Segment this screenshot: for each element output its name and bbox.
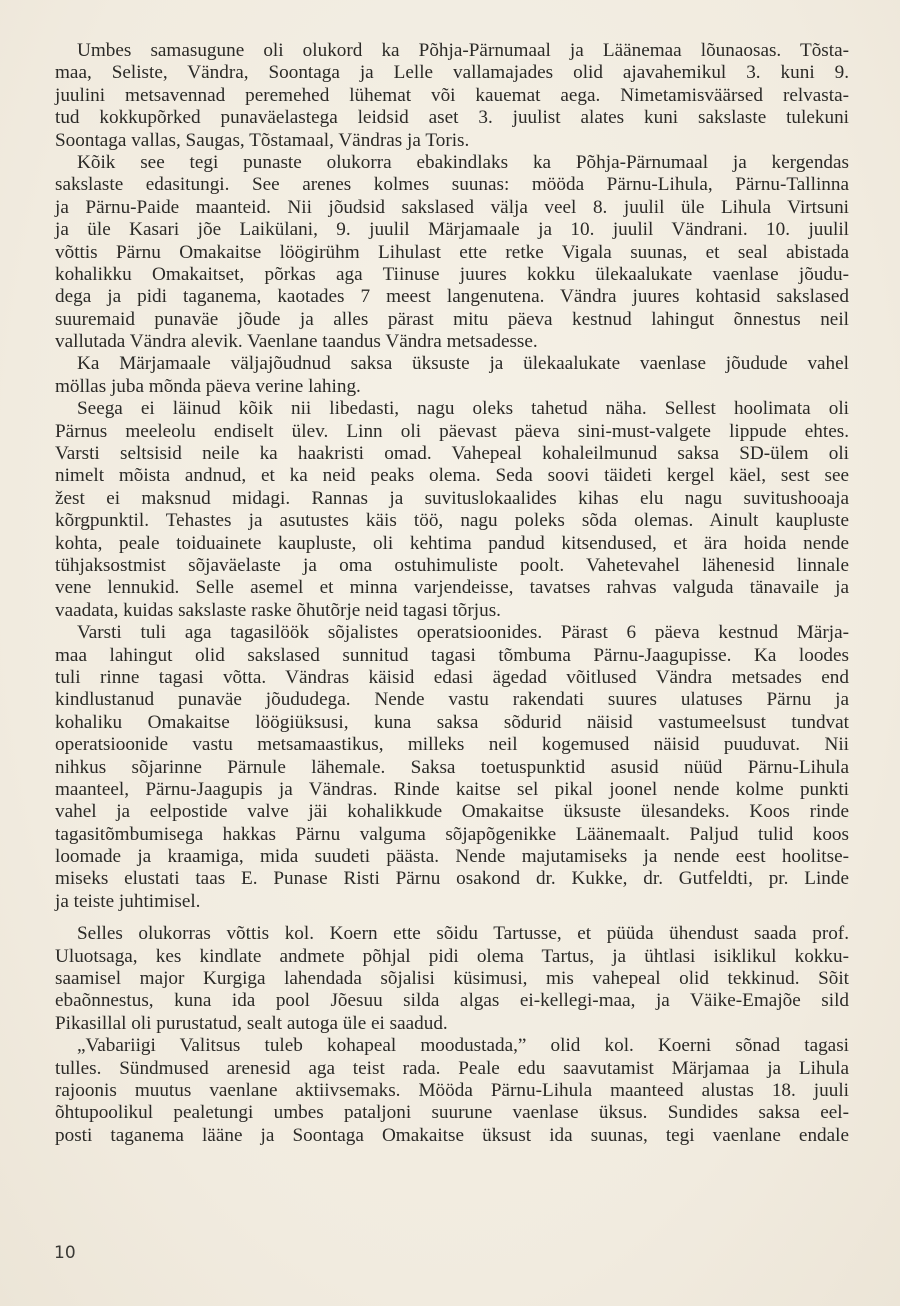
text-line: ja teiste juhtimisel. bbox=[55, 891, 849, 913]
text-line: Pikasillal oli purustatud, sealt autoga … bbox=[55, 1013, 849, 1035]
text-line: miseks elustati taas E. Punase Risti Pär… bbox=[55, 868, 849, 890]
text-line: vallutada Vändra alevik. Vaenlane taandu… bbox=[55, 331, 849, 353]
text-line: Ka Märjamaale väljajõudnud saksa üksuste… bbox=[55, 353, 849, 375]
paragraph: Umbes samasugune oli olukord ka Põhja-Pä… bbox=[55, 40, 849, 152]
text-line: „Vabariigi Valitsus tuleb kohapeal moodu… bbox=[55, 1035, 849, 1057]
book-page: Umbes samasugune oli olukord ka Põhja-Pä… bbox=[0, 0, 900, 1306]
text-line: maa, Seliste, Vändra, Soontaga ja Lelle … bbox=[55, 62, 849, 84]
text-line: sakslaste edasitungi. See arenes kolmes … bbox=[55, 174, 849, 196]
text-line: õhtupoolikul pealetungi umbes pataljoni … bbox=[55, 1102, 849, 1124]
paragraph: „Vabariigi Valitsus tuleb kohapeal moodu… bbox=[55, 1035, 849, 1147]
text-line: Kõik see tegi punaste olukorra ebakindla… bbox=[55, 152, 849, 174]
text-line: kohta, peale toiduainete kaupluste, oli … bbox=[55, 533, 849, 555]
page-number: 10 bbox=[54, 1243, 76, 1263]
text-line: nihkus sõjarinne Pärnule lähemale. Saksa… bbox=[55, 757, 849, 779]
text-line: kindlustanud punaväe jõududega. Nende va… bbox=[55, 689, 849, 711]
text-line: tagasitõmbumisega hakkas Pärnu valguma s… bbox=[55, 824, 849, 846]
text-line: tud kokkupõrked punaväelastega leidsid a… bbox=[55, 107, 849, 129]
text-line: võttis Pärnu Omakaitse löögirühm Lihulas… bbox=[55, 242, 849, 264]
text-line: ja Pärnu-Paide maanteid. Nii jõudsid sak… bbox=[55, 197, 849, 219]
text-line: kohaliku Omakaitse löögiüksusi, kuna sak… bbox=[55, 712, 849, 734]
paragraph: Varsti tuli aga tagasilöök sõjalistes op… bbox=[55, 622, 849, 913]
text-line: Umbes samasugune oli olukord ka Põhja-Pä… bbox=[55, 40, 849, 62]
text-line: nimelt mõista andnud, et ka neid peaks o… bbox=[55, 465, 849, 487]
text-line: Uluotsaga, kes kindlate andmete põhjal p… bbox=[55, 946, 849, 968]
text-line: vene lennukid. Selle asemel et minna var… bbox=[55, 577, 849, 599]
text-line: Selles olukorras võttis kol. Koern ette … bbox=[55, 923, 849, 945]
body-text: Umbes samasugune oli olukord ka Põhja-Pä… bbox=[55, 40, 849, 1147]
text-line: Varsti tuli aga tagasilöök sõjalistes op… bbox=[55, 622, 849, 644]
text-line: Soontaga vallas, Saugas, Tõstamaal, Vänd… bbox=[55, 130, 849, 152]
text-line: Pärnus meeleolu endiselt ülev. Linn oli … bbox=[55, 421, 849, 443]
paragraph: Kõik see tegi punaste olukorra ebakindla… bbox=[55, 152, 849, 354]
text-line: ja üle Kasari jõe Laikülani, 9. juulil M… bbox=[55, 219, 849, 241]
paragraph: Ka Märjamaale väljajõudnud saksa üksuste… bbox=[55, 353, 849, 398]
text-line: vahel ja eelpostide valve jäi kohalikkud… bbox=[55, 801, 849, 823]
text-line: dega ja pidi taganema, kaotades 7 meest … bbox=[55, 286, 849, 308]
text-line: vaadata, kuidas sakslaste raske õhutõrje… bbox=[55, 600, 849, 622]
text-line: kohalikku Omakaitset, põrkas aga Tiinuse… bbox=[55, 264, 849, 286]
paragraph: Seega ei läinud kõik nii libedasti, nagu… bbox=[55, 398, 849, 622]
text-line: tuli rinne tagasi võtta. Vändras käisid … bbox=[55, 667, 849, 689]
text-line: saamisel major Kurgiga lahendada sõjalis… bbox=[55, 968, 849, 990]
text-line: tühjaksostmist sõjaväelaste ja oma ostuh… bbox=[55, 555, 849, 577]
text-line: loomade ja kraamiga, mida suudeti päästa… bbox=[55, 846, 849, 868]
text-line: kõrgpunktil. Tehastes ja asutustes käis … bbox=[55, 510, 849, 532]
text-line: rajoonis muutus vaenlane aktiivsemaks. M… bbox=[55, 1080, 849, 1102]
text-line: suuremaid punaväe jõude ja alles pärast … bbox=[55, 309, 849, 331]
text-line: Seega ei läinud kõik nii libedasti, nagu… bbox=[55, 398, 849, 420]
text-line: Varsti seltsisid neile ka haakristi omad… bbox=[55, 443, 849, 465]
text-line: maa lahingut olid sakslased sunnitud tag… bbox=[55, 645, 849, 667]
paragraph: Selles olukorras võttis kol. Koern ette … bbox=[55, 923, 849, 1035]
text-line: žest ei maksnud midagi. Rannas ja suvitu… bbox=[55, 488, 849, 510]
text-line: posti taganema lääne ja Soontaga Omakait… bbox=[55, 1125, 849, 1147]
text-line: möllas juba mõnda päeva verine lahing. bbox=[55, 376, 849, 398]
text-line: operatsioonide vastu metsamaastikus, mil… bbox=[55, 734, 849, 756]
text-line: tulles. Sündmused arenesid aga teist rad… bbox=[55, 1058, 849, 1080]
text-line: ebaõnnestus, kuna ida pool Jõesuu silda … bbox=[55, 990, 849, 1012]
text-line: juulini metsavennad peremehed lühemat võ… bbox=[55, 85, 849, 107]
text-line: maanteel, Pärnu-Jaagupis ja Vändras. Rin… bbox=[55, 779, 849, 801]
paragraph-gap bbox=[55, 913, 849, 923]
